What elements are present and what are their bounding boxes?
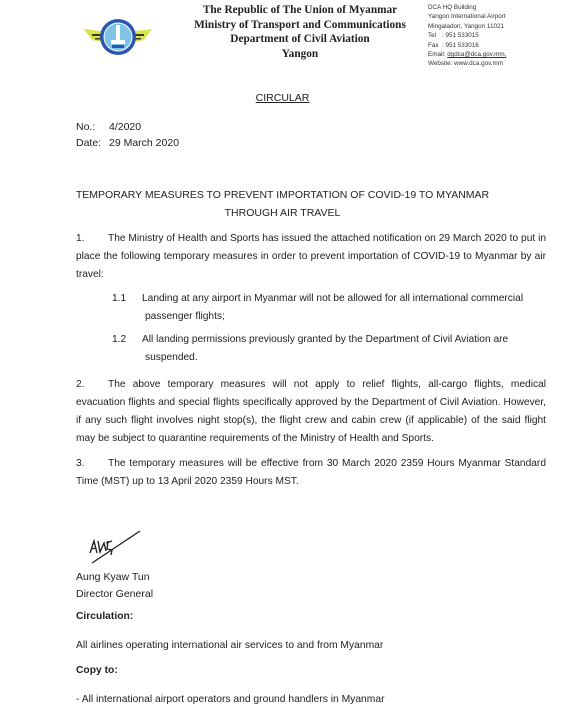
contact-address: Mingaladon, Yangon 11021 [428,22,565,31]
signature-mark-icon [82,527,142,567]
org-city: Yangon [180,47,420,62]
contact-block: DCA HQ Building Yangon International Air… [428,3,565,69]
copy-to-heading: Copy to: [76,665,118,676]
org-ministry: Ministry of Transport and Communications [180,18,420,33]
dca-logo [82,12,154,62]
dca-emblem-icon [82,12,154,62]
contact-tel: Tel: 951 533015 [428,31,565,40]
contact-airport: Yangon International Airport [428,12,565,21]
contact-website[interactable]: Website: www.dca.gov.mm [428,59,565,68]
subitem-1-2: 1.2 All landing permissions previously g… [112,331,548,367]
document-title: TEMPORARY MEASURES TO PREVENT IMPORTATIO… [60,186,505,222]
paragraph-3: 3.The temporary measures will be effecti… [76,455,546,491]
circulation-text: All airlines operating international air… [76,640,383,651]
organization-header: The Republic of The Union of Myanmar Min… [180,3,420,61]
subitem-1-1: 1.1 Landing at any airport in Myanmar wi… [112,290,548,326]
org-department: Department of Civil Aviation [180,32,420,47]
email-link[interactable]: dgdca@dca.gov.mm, [447,51,506,58]
circulation-heading: Circulation: [76,611,133,622]
paragraph-2: 2.The above temporary measures will not … [76,376,546,448]
signatory-title: Director General [76,585,153,603]
org-republic: The Republic of The Union of Myanmar [180,3,420,18]
signature [82,527,142,567]
contact-building: DCA HQ Building [428,3,565,12]
signatory-name: Aung Kyaw Tun [76,568,150,586]
paragraph-1: 1.The Ministry of Health and Sports has … [76,230,546,284]
circular-heading: CIRCULAR [0,92,565,104]
contact-email: Email: dgdca@dca.gov.mm, [428,50,565,59]
contact-fax: Fax: 951 533016 [428,41,565,50]
copy-to-item: - All international airport operators an… [76,694,385,705]
circular-date: Date:29 March 2020 [76,134,179,152]
